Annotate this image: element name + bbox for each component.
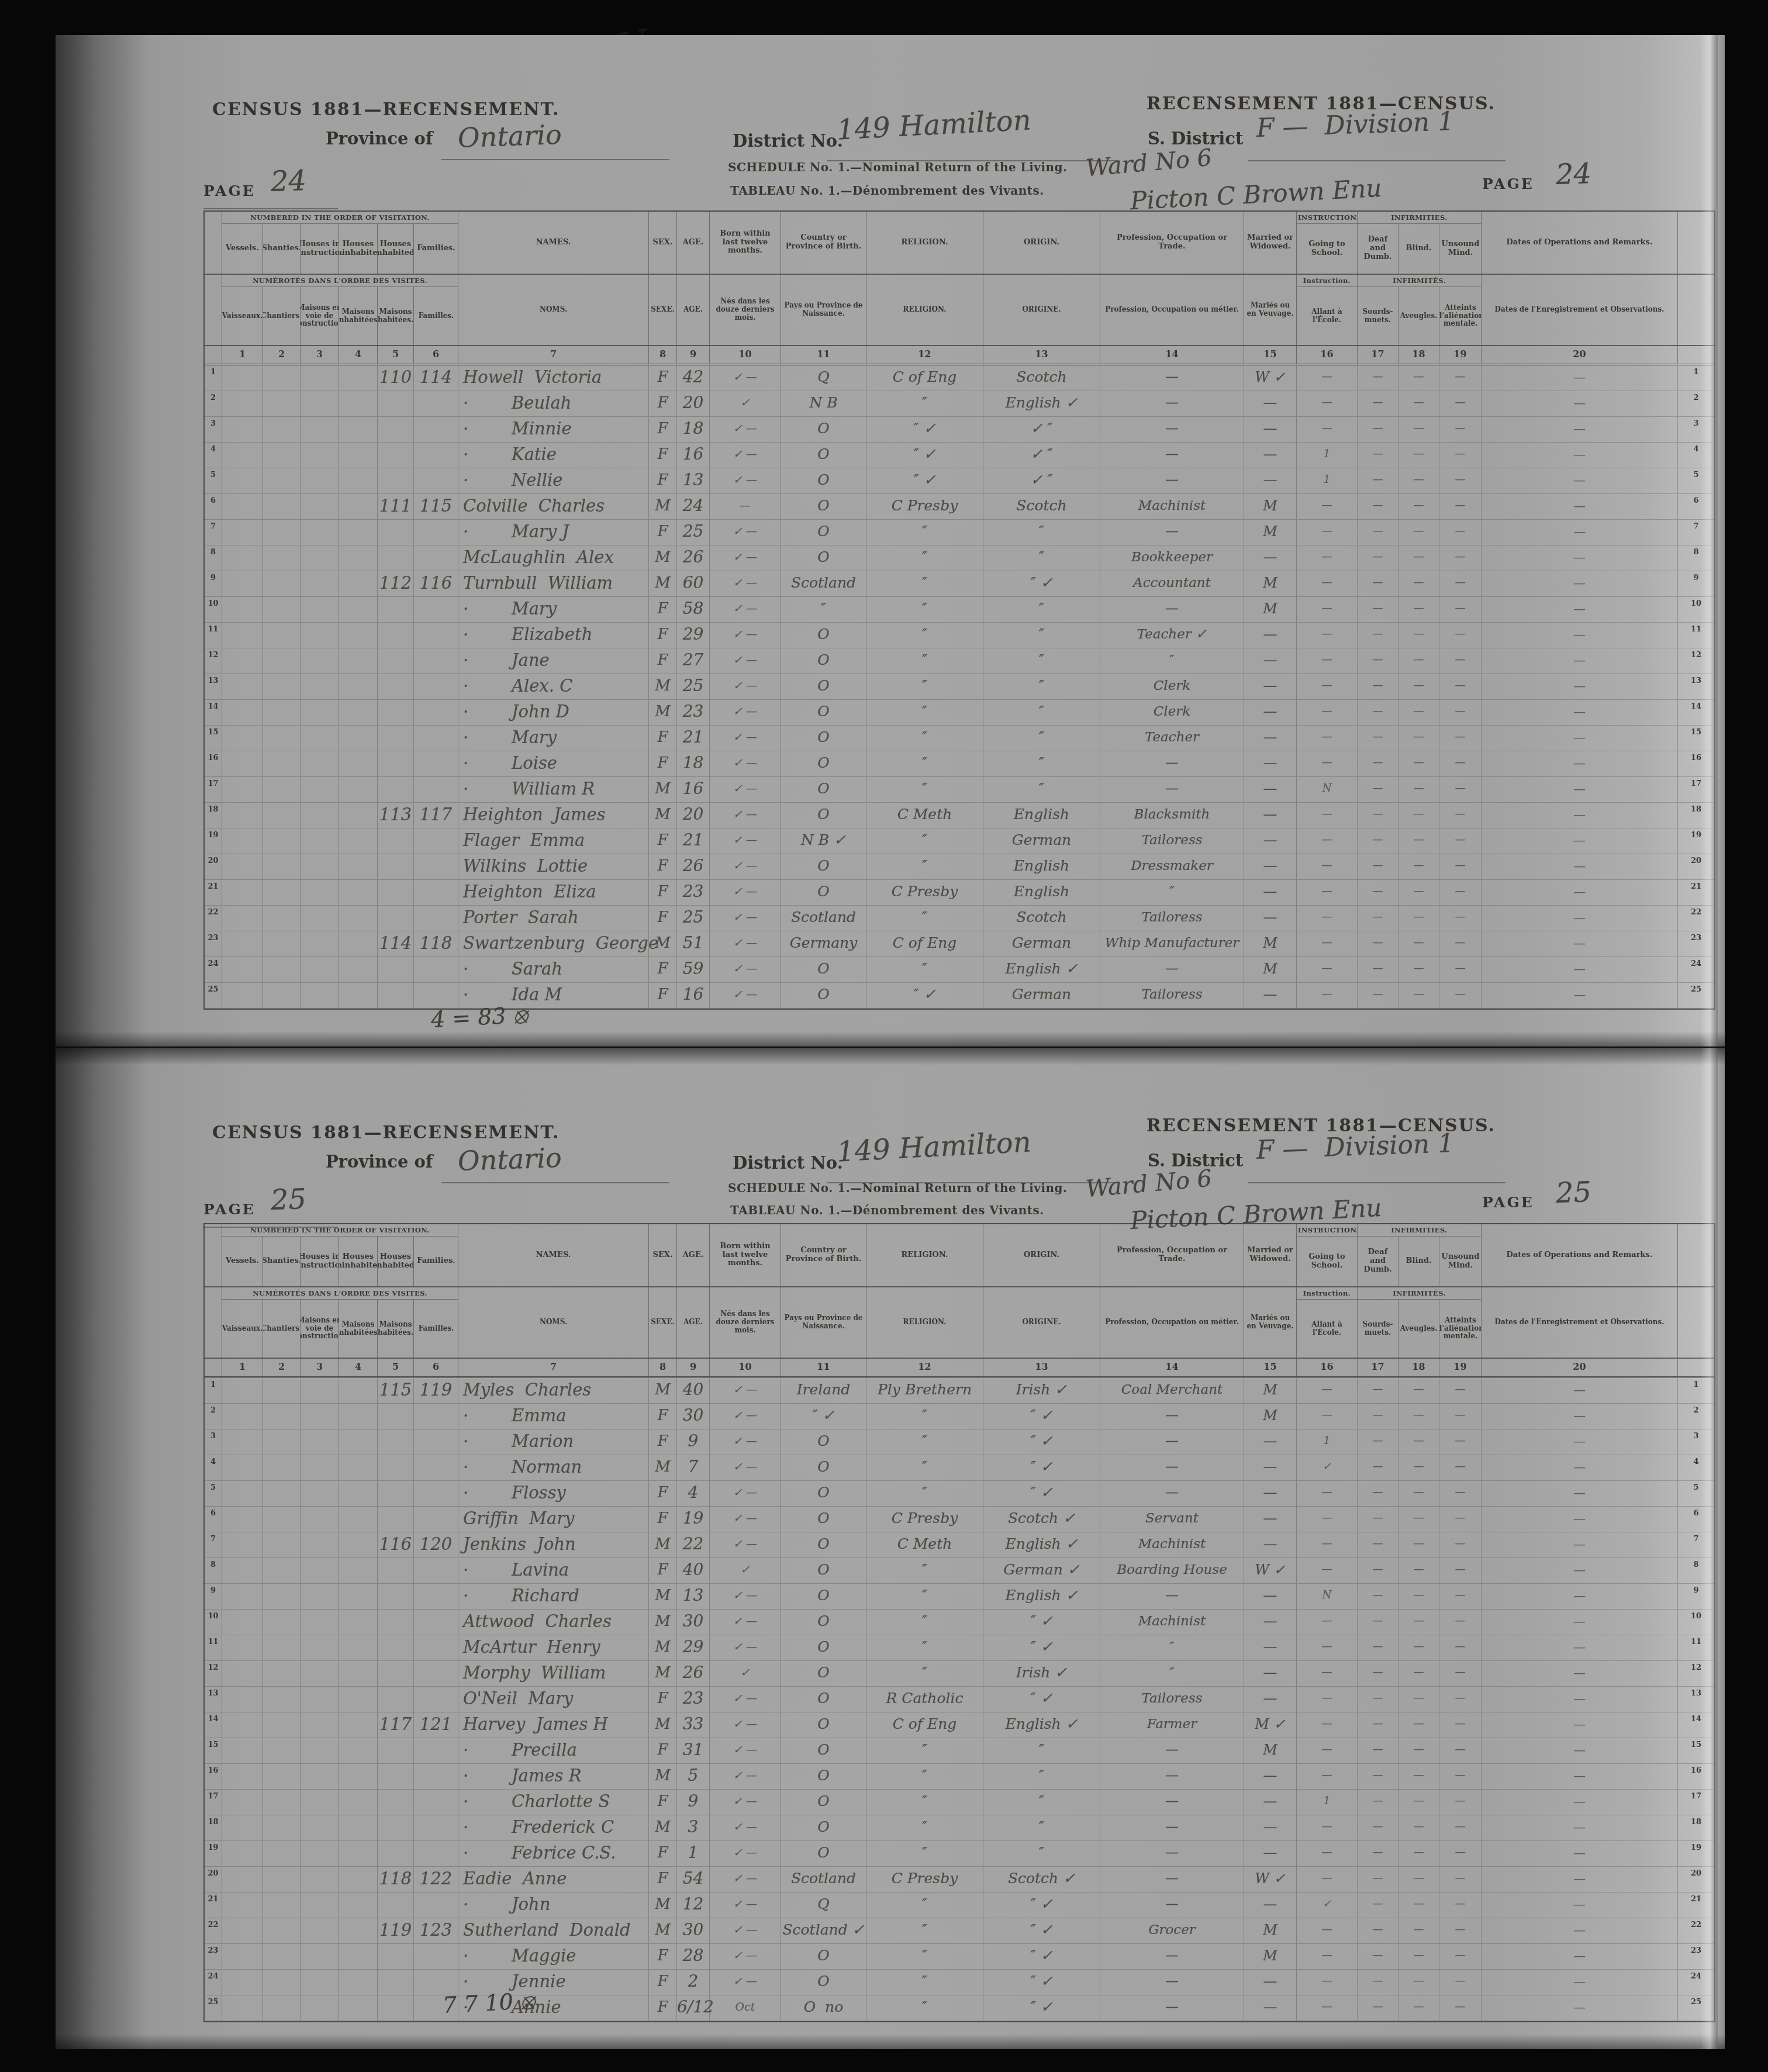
table-row: 4· KatieF16✓ —O″ ✓✓ ″——1————4 — [205, 443, 1714, 468]
column-label: Mariés ou en Veuvage. — [1244, 275, 1297, 345]
cell-age: 16 — [677, 983, 710, 1008]
column-label: RELIGION. — [866, 1287, 983, 1358]
cell-houses-uninhabited — [339, 571, 378, 596]
cell-remarks: — — [1482, 854, 1678, 879]
column-number: 2 — [263, 346, 301, 364]
cell-houses-uninhabited — [339, 1918, 378, 1943]
cell-age: 28 — [677, 1944, 710, 1969]
cell-born-last-12-months: ✓ — — [710, 1404, 781, 1429]
column-number: 15 — [1244, 346, 1297, 364]
cell-origin: ″ — [983, 751, 1100, 776]
cell-remarks: — — [1482, 674, 1678, 699]
cell-family-number: 123 — [414, 1918, 458, 1943]
cell-family-number — [414, 906, 458, 931]
cell-vessels — [222, 1635, 263, 1660]
cell-house-number — [378, 1610, 414, 1635]
cell-vessels — [222, 751, 263, 776]
cell-occupation: Boarding House — [1100, 1558, 1244, 1583]
cell-remarks: — — [1482, 1944, 1678, 1969]
cell-unsound-mind: — — [1439, 1429, 1482, 1455]
cell-deaf-dumb: — — [1358, 777, 1398, 802]
cell-house-number: 118 — [378, 1867, 414, 1892]
infirmities-columns: Sourds-muets.Aveugles.Atteints d'aliénat… — [1358, 1300, 1481, 1358]
cell-occupation: — — [1100, 1815, 1244, 1840]
cell-born-last-12-months: ✓ — — [710, 726, 781, 751]
cell-origin: Scotch ✓ — [983, 1507, 1100, 1532]
cell-age: 58 — [677, 597, 710, 622]
cell-family-number — [414, 1481, 458, 1506]
province-label: Province of — [326, 1152, 433, 1172]
cell-remarks: — — [1482, 1712, 1678, 1738]
cell-going-to-school: — — [1297, 1610, 1358, 1635]
cell-houses-construction — [301, 417, 339, 442]
cell-occupation: Tailoress — [1100, 828, 1244, 854]
cell-going-to-school: 1 — [1297, 468, 1358, 493]
column-number: 6 — [414, 346, 458, 364]
cell-sex: F — [649, 1970, 677, 1995]
row-number-left: 7 — [205, 520, 222, 545]
instruction-group: Instruction.Allant à l'École. — [1297, 275, 1358, 345]
cell-shanties — [263, 494, 301, 519]
row-number-left: 20 — [205, 854, 222, 879]
cell-houses-construction — [301, 648, 339, 674]
cell-vessels — [222, 443, 263, 468]
column-label: Vaisseaux. — [222, 287, 263, 345]
cell-married-widowed: — — [1244, 803, 1297, 828]
cell-house-number — [378, 726, 414, 751]
cell-house-number — [378, 957, 414, 982]
cell-house-number — [378, 777, 414, 802]
cell-family-number — [414, 648, 458, 674]
cell-birthplace: Ireland — [781, 1378, 866, 1403]
cell-blind: — — [1398, 1584, 1439, 1609]
column-label: Nés dans les douze derniers mois. — [710, 275, 781, 345]
row-number-left: 4 — [205, 443, 222, 468]
cell-going-to-school: — — [1297, 494, 1358, 519]
cell-shanties — [263, 751, 301, 776]
cell-religion: ″ — [866, 1661, 983, 1686]
cell-shanties — [263, 854, 301, 879]
subdistrict-rule — [1248, 1182, 1505, 1183]
cell-family-number — [414, 1507, 458, 1532]
cell-sex: M — [649, 494, 677, 519]
cell-blind: — — [1398, 623, 1439, 648]
cell-remarks: — — [1482, 1610, 1678, 1635]
cell-sex: M — [649, 1712, 677, 1738]
cell-unsound-mind: — — [1439, 1712, 1482, 1738]
enumerator-note: Picton C Brown Enu — [1130, 174, 1383, 215]
cell-shanties — [263, 1404, 301, 1429]
cell-sex: M — [649, 1584, 677, 1609]
table-row: 7· Mary JF25✓ —O″″—M—————7 — [205, 520, 1714, 545]
cell-age: 9 — [677, 1429, 710, 1455]
cell-occupation: Grocer — [1100, 1918, 1244, 1943]
cell-vessels — [222, 1532, 263, 1558]
cell-name: · Mary — [458, 597, 649, 622]
column-number: 20 — [1482, 346, 1678, 364]
cell-family-number — [414, 1790, 458, 1815]
cell-family-number — [414, 751, 458, 776]
cell-house-number — [378, 983, 414, 1008]
cell-family-number: 115 — [414, 494, 458, 519]
cell-remarks: — — [1482, 545, 1678, 571]
cell-born-last-12-months: ✓ — — [710, 1532, 781, 1558]
cell-house-number — [378, 1893, 414, 1918]
cell-name: Griffin Mary — [458, 1507, 649, 1532]
table-row: 15· MaryF21✓ —O″″Teacher——————15 — [205, 726, 1714, 751]
cell-birthplace: N B ✓ — [781, 828, 866, 854]
table-row: 20Wilkins LottieF26✓ —O″EnglishDressmake… — [205, 854, 1714, 880]
cell-sex: F — [649, 854, 677, 879]
cell-age: 40 — [677, 1378, 710, 1403]
cell-remarks: — — [1482, 751, 1678, 776]
cell-religion: ″ — [866, 1790, 983, 1815]
row-number-right: 16 — [1678, 1764, 1714, 1789]
cell-age: 40 — [677, 1558, 710, 1583]
cell-birthplace: O — [781, 983, 866, 1008]
cell-house-number — [378, 1558, 414, 1583]
cell-shanties — [263, 1712, 301, 1738]
cell-sex: F — [649, 1481, 677, 1506]
cell-remarks: — — [1482, 1378, 1678, 1403]
row-number-right: 11 — [1678, 623, 1714, 648]
table-row: 4· NormanM7✓ —O″″ ✓——✓————4 — [205, 1455, 1714, 1481]
cell-sex: F — [649, 1687, 677, 1712]
infirmities-group: INFIRMITÉS.Sourds-muets.Aveugles.Atteint… — [1358, 275, 1482, 345]
cell-shanties — [263, 571, 301, 596]
cell-religion: ″ — [866, 520, 983, 545]
cell-houses-construction — [301, 828, 339, 854]
cell-houses-uninhabited — [339, 854, 378, 879]
cell-unsound-mind: — — [1439, 1738, 1482, 1763]
column-label: Familles. — [414, 287, 458, 345]
cell-shanties — [263, 545, 301, 571]
cell-occupation: Teacher — [1100, 726, 1244, 751]
cell-born-last-12-months: ✓ — — [710, 1610, 781, 1635]
cell-houses-uninhabited — [339, 468, 378, 493]
cell-occupation: Machinist — [1100, 494, 1244, 519]
cell-going-to-school: — — [1297, 674, 1358, 699]
cell-houses-uninhabited — [339, 443, 378, 468]
cell-origin: German — [983, 828, 1100, 854]
cell-deaf-dumb: — — [1358, 417, 1398, 442]
cell-houses-construction — [301, 931, 339, 956]
cell-age: 22 — [677, 1532, 710, 1558]
cell-born-last-12-months: ✓ — — [710, 623, 781, 648]
column-label: Maisons inhabitées. — [339, 1300, 378, 1358]
cell-origin: ″ ✓ — [983, 1610, 1100, 1635]
row-number-left: 3 — [205, 417, 222, 442]
cell-shanties — [263, 1893, 301, 1918]
cell-born-last-12-months: ✓ — — [710, 957, 781, 982]
infirmities-group: INFIRMITÉS.Sourds-muets.Aveugles.Atteint… — [1358, 1287, 1482, 1358]
cell-birthplace: Q — [781, 1893, 866, 1918]
row-number-right: 21 — [1678, 880, 1714, 905]
cell-married-widowed: — — [1244, 726, 1297, 751]
cell-name: · Flossy — [458, 1481, 649, 1506]
census-page-24: CENSUS 1881—RECENSEMENT. RECENSEMENT 188… — [56, 35, 1725, 1047]
cell-birthplace: Scotland — [781, 906, 866, 931]
column-label: SEX. — [649, 1224, 677, 1286]
cell-age: 21 — [677, 726, 710, 751]
row-number-left: 6 — [205, 1507, 222, 1532]
cell-born-last-12-months: ✓ — — [710, 1790, 781, 1815]
cell-vessels — [222, 1764, 263, 1789]
cell-houses-uninhabited — [339, 597, 378, 622]
cell-age: 2 — [677, 1970, 710, 1995]
cell-blind: — — [1398, 1404, 1439, 1429]
cell-age: 1 — [677, 1841, 710, 1866]
cell-deaf-dumb: — — [1358, 726, 1398, 751]
cell-deaf-dumb: — — [1358, 1970, 1398, 1995]
cell-religion: C Presby — [866, 1867, 983, 1892]
cell-occupation: — — [1100, 417, 1244, 442]
cell-married-widowed: — — [1244, 623, 1297, 648]
cell-vessels — [222, 1378, 263, 1403]
cell-name: · Sarah — [458, 957, 649, 982]
cell-family-number — [414, 1610, 458, 1635]
column-label: Vessels. — [222, 224, 263, 274]
cell-family-number — [414, 1455, 458, 1480]
cell-born-last-12-months: ✓ — — [710, 597, 781, 622]
cell-remarks: — — [1482, 1455, 1678, 1480]
cell-going-to-school: — — [1297, 1404, 1358, 1429]
cell-vessels — [222, 700, 263, 725]
row-number-right: 7 — [1678, 520, 1714, 545]
cell-religion: ″ — [866, 1970, 983, 1995]
cell-married-widowed: — — [1244, 545, 1297, 571]
cell-married-widowed: — — [1244, 674, 1297, 699]
cell-born-last-12-months: ✓ — — [710, 1507, 781, 1532]
cell-blind: — — [1398, 520, 1439, 545]
cell-married-widowed: W ✓ — [1244, 365, 1297, 391]
infirmities-title: INFIRMITÉS. — [1358, 1287, 1481, 1300]
column-label: Married or Widowed. — [1244, 212, 1297, 274]
cell-birthplace: O — [781, 1610, 866, 1635]
cell-unsound-mind: — — [1439, 803, 1482, 828]
cell-age: 25 — [677, 674, 710, 699]
page-crease — [56, 1048, 1725, 1065]
column-label: Houses in construction. — [301, 224, 339, 274]
cell-deaf-dumb: — — [1358, 1918, 1398, 1943]
infirmities-group: INFIRMITIES.Deaf and Dumb.Blind.Unsound … — [1358, 212, 1482, 274]
cell-going-to-school: — — [1297, 1970, 1358, 1995]
cell-going-to-school: — — [1297, 1532, 1358, 1558]
column-label: Vaisseaux. — [222, 1300, 263, 1358]
column-label: Houses uninhabited. — [339, 1237, 378, 1286]
cell-houses-uninhabited — [339, 751, 378, 776]
cell-unsound-mind: — — [1439, 1970, 1482, 1995]
cell-origin: ″ ✓ — [983, 1687, 1100, 1712]
cell-blind: — — [1398, 1918, 1439, 1943]
cell-born-last-12-months: ✓ — — [710, 828, 781, 854]
cell-houses-construction — [301, 854, 339, 879]
cell-religion: C Meth — [866, 1532, 983, 1558]
cell-family-number — [414, 1687, 458, 1712]
cell-sex: F — [649, 1507, 677, 1532]
cell-sex: M — [649, 571, 677, 596]
row-number-right: 10 — [1678, 1610, 1714, 1635]
cell-origin: ″ — [983, 597, 1100, 622]
cell-religion: ″ — [866, 957, 983, 982]
cell-vessels — [222, 1918, 263, 1943]
cell-houses-uninhabited — [339, 1404, 378, 1429]
cell-deaf-dumb: — — [1358, 828, 1398, 854]
cell-blind: — — [1398, 854, 1439, 879]
cell-origin: ″ ✓ — [983, 1970, 1100, 1995]
cell-sex: F — [649, 468, 677, 493]
cell-unsound-mind: — — [1439, 520, 1482, 545]
cell-born-last-12-months: ✓ — — [710, 906, 781, 931]
cell-houses-construction — [301, 1790, 339, 1815]
cell-going-to-school: — — [1297, 1815, 1358, 1840]
cell-deaf-dumb: — — [1358, 1841, 1398, 1866]
cell-vessels — [222, 803, 263, 828]
infirmities-title: INFIRMITIES. — [1358, 212, 1481, 224]
cell-religion: ″ — [866, 777, 983, 802]
row-number-left: 16 — [205, 751, 222, 776]
cell-deaf-dumb: — — [1358, 597, 1398, 622]
cell-remarks: — — [1482, 648, 1678, 674]
cell-born-last-12-months: ✓ — — [710, 1867, 781, 1892]
column-label: Born within last twelve months. — [710, 1224, 781, 1286]
column-number: 16 — [1297, 1359, 1358, 1376]
cell-family-number — [414, 1841, 458, 1866]
cell-age: 29 — [677, 1635, 710, 1660]
infirmities-columns: Deaf and Dumb.Blind.Unsound Mind. — [1358, 1237, 1481, 1286]
cell-religion: ″ — [866, 854, 983, 879]
row-number-right: 21 — [1678, 1893, 1714, 1918]
district-value: 149 Hamilton — [836, 1125, 1032, 1168]
table-row: 16· LoiseF18✓ —O″″———————16 — [205, 751, 1714, 777]
cell-blind: — — [1398, 417, 1439, 442]
cell-blind: — — [1398, 468, 1439, 493]
cell-origin: ″ — [983, 1841, 1100, 1866]
column-number: 1 — [222, 1359, 263, 1376]
cell-houses-uninhabited — [339, 1584, 378, 1609]
cell-family-number — [414, 983, 458, 1008]
cell-name: · Richard — [458, 1584, 649, 1609]
cell-going-to-school: ✓ — [1297, 1455, 1358, 1480]
cell-blind: — — [1398, 1481, 1439, 1506]
row-number-right: 14 — [1678, 1712, 1714, 1738]
column-label: Sourds-muets. — [1358, 287, 1398, 345]
cell-name: · Emma — [458, 1404, 649, 1429]
cell-houses-construction — [301, 1455, 339, 1480]
cell-sex: M — [649, 1893, 677, 1918]
cell-going-to-school: 1 — [1297, 443, 1358, 468]
cell-deaf-dumb: — — [1358, 931, 1398, 956]
cell-family-number — [414, 545, 458, 571]
cell-remarks: — — [1482, 443, 1678, 468]
cell-remarks: — — [1482, 1970, 1678, 1995]
cell-unsound-mind: — — [1439, 1507, 1482, 1532]
cell-unsound-mind: — — [1439, 1893, 1482, 1918]
cell-born-last-12-months: ✓ — — [710, 1970, 781, 1995]
cell-blind: — — [1398, 571, 1439, 596]
row-number-left: 3 — [205, 1429, 222, 1455]
cell-born-last-12-months: ✓ — [710, 1661, 781, 1686]
table-row: 24· SarahF59✓ —O″English ✓—M—————24 — [205, 957, 1714, 983]
cell-remarks: — — [1482, 1532, 1678, 1558]
cell-houses-construction — [301, 494, 339, 519]
row-number-right: 24 — [1678, 1970, 1714, 1995]
cell-shanties — [263, 726, 301, 751]
cell-sex: F — [649, 957, 677, 982]
cell-houses-construction — [301, 1944, 339, 1969]
cell-occupation: — — [1100, 1790, 1244, 1815]
cell-house-number — [378, 751, 414, 776]
column-number: 9 — [677, 1359, 710, 1376]
cell-religion: ″ — [866, 1738, 983, 1763]
cell-origin: ″ ✓ — [983, 1481, 1100, 1506]
cell-birthplace: O — [781, 1558, 866, 1583]
cell-remarks: — — [1482, 1481, 1678, 1506]
cell-sex: M — [649, 803, 677, 828]
cell-birthplace: O — [781, 803, 866, 828]
cell-house-number — [378, 597, 414, 622]
cell-deaf-dumb: — — [1358, 1429, 1398, 1455]
cell-origin: ″ — [983, 674, 1100, 699]
cell-vessels — [222, 854, 263, 879]
cell-sex: F — [649, 1867, 677, 1892]
cell-houses-construction — [301, 1918, 339, 1943]
cell-occupation: Dressmaker — [1100, 854, 1244, 879]
cell-sex: F — [649, 726, 677, 751]
cell-sex: F — [649, 1995, 677, 2021]
cell-house-number: 116 — [378, 1532, 414, 1558]
cell-house-number — [378, 1635, 414, 1660]
cell-age: 25 — [677, 520, 710, 545]
cell-sex: F — [649, 597, 677, 622]
cell-family-number — [414, 1635, 458, 1660]
row-number-right: 7 — [1678, 1532, 1714, 1558]
cell-married-widowed: — — [1244, 1507, 1297, 1532]
cell-unsound-mind: — — [1439, 1532, 1482, 1558]
cell-origin: ″ — [983, 777, 1100, 802]
column-label: Houses inhabited. — [378, 1237, 414, 1286]
cell-religion: ″ — [866, 1610, 983, 1635]
cell-vessels — [222, 520, 263, 545]
cell-religion: ″ — [866, 1558, 983, 1583]
cell-origin: ″ ✓ — [983, 1635, 1100, 1660]
cell-blind: — — [1398, 597, 1439, 622]
row-number-left: 18 — [205, 803, 222, 828]
cell-deaf-dumb: — — [1358, 1558, 1398, 1583]
cell-shanties — [263, 1790, 301, 1815]
infirmities-title: INFIRMITÉS. — [1358, 275, 1481, 287]
cell-going-to-school: — — [1297, 726, 1358, 751]
row-number-left: 8 — [205, 545, 222, 571]
cell-origin: ″ — [983, 1764, 1100, 1789]
page-label-left: PAGE — [203, 182, 255, 199]
column-number: 6 — [414, 1359, 458, 1376]
cell-shanties — [263, 1378, 301, 1403]
row-number-right: 8 — [1678, 1558, 1714, 1583]
cell-remarks: — — [1482, 1635, 1678, 1660]
cell-origin: ″ ✓ — [983, 1429, 1100, 1455]
row-number-left: 18 — [205, 1815, 222, 1840]
cell-vessels — [222, 1867, 263, 1892]
instruction-title: INSTRUCTION. — [1297, 212, 1357, 224]
table-row: 20118122Eadie AnneF54✓ —ScotlandC Presby… — [205, 1867, 1714, 1893]
row-number-right: 23 — [1678, 1944, 1714, 1969]
column-label: Atteints d'aliénation mentale. — [1439, 287, 1482, 345]
cell-house-number — [378, 1738, 414, 1763]
row-number-left: 15 — [205, 1738, 222, 1763]
cell-unsound-mind: — — [1439, 1584, 1482, 1609]
cell-name: Flager Emma — [458, 828, 649, 854]
